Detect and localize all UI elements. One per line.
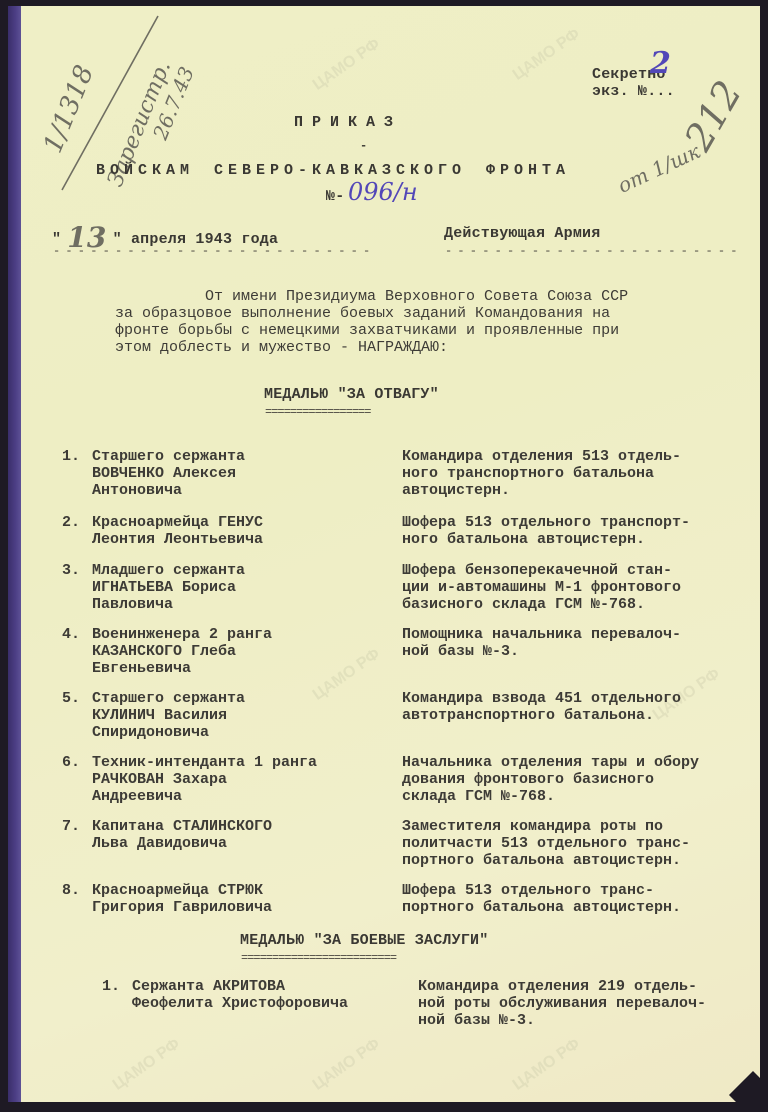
position-line: Командира отделения 219 отдель- <box>418 978 760 995</box>
watermark: ЦАМО РФ <box>310 35 384 94</box>
recipient-name-line: Антоновича <box>62 482 392 499</box>
recipient-position: Шофера 513 отдельного транс-портного бат… <box>402 882 760 916</box>
position-line: Командира взвода 451 отдельного <box>402 690 760 707</box>
recipient-position: Шофера 513 отдельного транспорт-ного бат… <box>402 514 760 548</box>
handwritten-annotation: от 1/шк <box>614 139 704 198</box>
position-line: автотранспортного батальона. <box>402 707 760 724</box>
recipient-name-line: Феофелита Христофоровича <box>102 995 432 1012</box>
recipient-name: 6.Техник-интенданта 1 рангаРАЧКОВАН Заха… <box>62 754 392 805</box>
recipient-name: 2.Красноармейца ГЕНУСЛеонтия Леонтьевича <box>62 514 392 548</box>
location-underline: - - - - - - - - - - - - - - - - - - - - … <box>445 244 736 258</box>
recipient-name-line: Григория Гавриловича <box>62 899 392 916</box>
position-line: Помощника начальника перевалоч- <box>402 626 760 643</box>
subtitle-text: ВОЙСКАМ СЕВЕРО-КАВКАЗСКОГО ФРОНТА <box>96 162 570 179</box>
position-line: ной базы №-3. <box>402 643 760 660</box>
recipient-position: Шофера бензоперекачечной стан-ции и-авто… <box>402 562 760 613</box>
document-title: ПРИКАЗ <box>294 114 402 131</box>
copy-number: 2 <box>650 46 671 81</box>
position-line: дования фронтового базисного <box>402 771 760 788</box>
entry-number: 6. <box>62 754 92 771</box>
preamble: От имени Президиума Верховного Совета Со… <box>115 288 628 356</box>
order-number-prefix: №- <box>326 188 344 205</box>
position-line: склада ГСМ №-768. <box>402 788 760 805</box>
entry-number: 1. <box>102 978 132 995</box>
recipient-name-line: Леонтия Леонтьевича <box>62 531 392 548</box>
position-line: политчасти 513 отдельного транс- <box>402 835 760 852</box>
position-line: ной базы №-3. <box>418 1012 760 1029</box>
recipient-rank: 7.Капитана СТАЛИНСКОГО <box>62 818 392 835</box>
watermark: ЦАМО РФ <box>510 25 584 84</box>
recipient-name: 3.Младшего сержантаИГНАТЬЕВА БорисаПавло… <box>62 562 392 613</box>
position-line: портного батальона автоцистерн. <box>402 852 760 869</box>
recipient-position: Командира отделения 513 отдель-ного тран… <box>402 448 760 499</box>
recipient-name-line: ВОВЧЕНКО Алексея <box>62 465 392 482</box>
order-number: 096/н <box>348 178 418 206</box>
recipient-position: Помощника начальника перевалоч-ной базы … <box>402 626 760 660</box>
document-page: ЦАМО РФ ЦАМО РФ ЦАМО РФ ЦАМО РФ ЦАМО РФ … <box>8 6 760 1102</box>
position-line: Заместителя командира роты по <box>402 818 760 835</box>
rank-text: Старшего сержанта <box>92 690 245 707</box>
recipient-name-line: Спиридоновича <box>62 724 392 741</box>
rank-text: Техник-интенданта 1 ранга <box>92 754 317 771</box>
position-line: базисного склада ГСМ №-768. <box>402 596 760 613</box>
section-heading-combat-merit: МЕДАЛЬЮ "ЗА БОЕВЫЕ ЗАСЛУГИ" <box>240 932 488 949</box>
recipient-name-line: РАЧКОВАН Захара <box>62 771 392 788</box>
position-line: портного батальона автоцистерн. <box>402 899 760 916</box>
recipient-position: Заместителя командира роты пополитчасти … <box>402 818 760 869</box>
entry-number: 1. <box>62 448 92 465</box>
recipient-name-line: Льва Давидовича <box>62 835 392 852</box>
rank-text: Красноармейца СТРЮК <box>92 882 263 899</box>
section-heading-bravery: МЕДАЛЬЮ "ЗА ОТВАГУ" <box>264 386 439 403</box>
entry-number: 4. <box>62 626 92 643</box>
watermark: ЦАМО РФ <box>510 1035 584 1094</box>
rank-text: Младшего сержанта <box>92 562 245 579</box>
rank-text: Красноармейца ГЕНУС <box>92 514 263 531</box>
location-label: Действующая Армия <box>444 225 600 242</box>
recipient-name: 5.Старшего сержантаКУЛИНИЧ ВасилияСпирид… <box>62 690 392 741</box>
position-line: ной роты обслуживания перевалоч- <box>418 995 760 1012</box>
preamble-line: фронте борьбы с немецкими захватчиками и… <box>115 322 628 339</box>
entry-number: 8. <box>62 882 92 899</box>
entry-number: 7. <box>62 818 92 835</box>
position-line: автоцистерн. <box>402 482 760 499</box>
position-line: ного транспортного батальона <box>402 465 760 482</box>
recipient-name: 7.Капитана СТАЛИНСКОГОЛьва Давидовича <box>62 818 392 852</box>
rank-text: Сержанта АКРИТОВА <box>132 978 285 995</box>
entry-number: 3. <box>62 562 92 579</box>
binding-strip <box>8 6 21 1102</box>
recipient-rank: 2.Красноармейца ГЕНУС <box>62 514 392 531</box>
entry-number: 2. <box>62 514 92 531</box>
recipient-name-line: ИГНАТЬЕВА Бориса <box>62 579 392 596</box>
rank-text: Военинженера 2 ранга <box>92 626 272 643</box>
recipient-name-line: Евгеньевича <box>62 660 392 677</box>
recipient-name: 1.Сержанта АКРИТОВАФеофелита Христофоров… <box>102 978 432 1012</box>
recipient-rank: 8.Красноармейца СТРЮК <box>62 882 392 899</box>
recipient-name-line: КУЛИНИЧ Василия <box>62 707 392 724</box>
preamble-line: за образцовое выполнение боевых заданий … <box>115 305 628 322</box>
watermark: ЦАМО РФ <box>310 1035 384 1094</box>
recipient-name: 1.Старшего сержантаВОВЧЕНКО АлексеяАнтон… <box>62 448 392 499</box>
recipient-rank: 1.Старшего сержанта <box>62 448 392 465</box>
position-line: Командира отделения 513 отдель- <box>402 448 760 465</box>
position-line: Шофера 513 отдельного транс- <box>402 882 760 899</box>
recipient-rank: 4.Военинженера 2 ранга <box>62 626 392 643</box>
recipient-name: 8.Красноармейца СТРЮКГригория Гаврилович… <box>62 882 392 916</box>
rank-text: Капитана СТАЛИНСКОГО <box>92 818 272 835</box>
recipient-position: Командира отделения 219 отдель-ной роты … <box>418 978 760 1029</box>
recipient-position: Командира взвода 451 отдельногоавтотранс… <box>402 690 760 724</box>
position-line: ции и-автомашины М-1 фронтового <box>402 579 760 596</box>
preamble-line: От имени Президиума Верховного Совета Со… <box>115 288 628 305</box>
copy-number-label: экз. №... <box>592 83 675 100</box>
watermark: ЦАМО РФ <box>110 1035 184 1094</box>
torn-corner <box>729 1071 760 1102</box>
section-underline: ================= <box>265 405 370 419</box>
rank-text: Старшего сержанта <box>92 448 245 465</box>
entry-number: 5. <box>62 690 92 707</box>
recipient-rank: 6.Техник-интенданта 1 ранга <box>62 754 392 771</box>
preamble-line: этом доблесть и мужество - НАГРАЖДАЮ: <box>115 339 628 356</box>
position-line: ного батальона автоцистерн. <box>402 531 760 548</box>
section-underline: ========================= <box>241 951 396 965</box>
document-subtitle: ВОЙСКАМ СЕВЕРО-КАВКАЗСКОГО ФРОНТА <box>96 162 570 179</box>
recipient-name-line: КАЗАНСКОГО Глеба <box>62 643 392 660</box>
recipient-rank: 3.Младшего сержанта <box>62 562 392 579</box>
recipient-rank: 5.Старшего сержанта <box>62 690 392 707</box>
recipient-position: Начальника отделения тары и оборудования… <box>402 754 760 805</box>
recipient-name: 4.Военинженера 2 рангаКАЗАНСКОГО ГлебаЕв… <box>62 626 392 677</box>
recipient-rank: 1.Сержанта АКРИТОВА <box>102 978 432 995</box>
title-dash: - <box>360 138 367 155</box>
recipient-name-line: Андреевича <box>62 788 392 805</box>
recipient-name-line: Павловича <box>62 596 392 613</box>
position-line: Шофера бензоперекачечной стан- <box>402 562 760 579</box>
date-underline: - - - - - - - - - - - - - - - - - - - - … <box>53 244 369 258</box>
position-line: Шофера 513 отдельного транспорт- <box>402 514 760 531</box>
position-line: Начальника отделения тары и обору <box>402 754 760 771</box>
